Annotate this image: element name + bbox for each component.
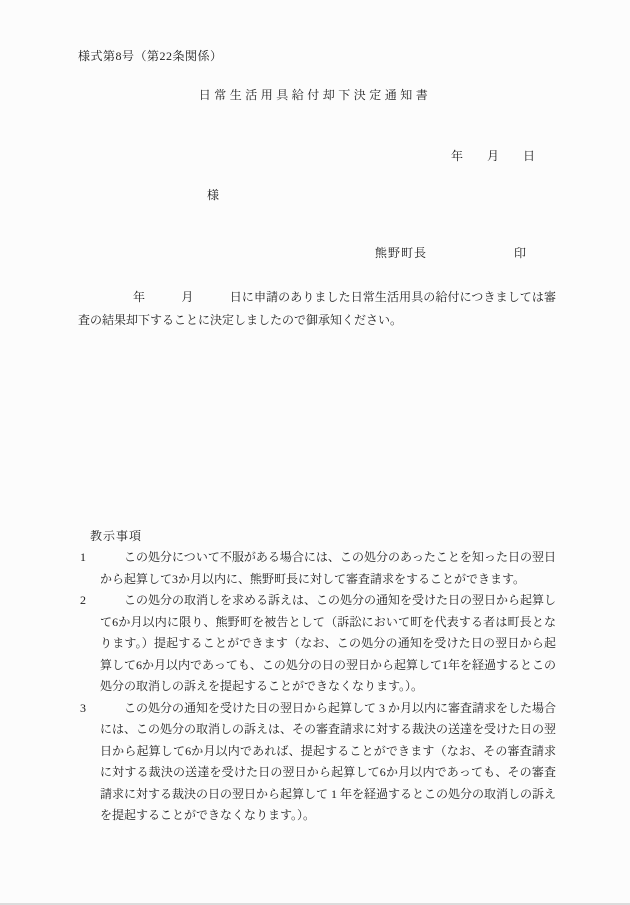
instruction-item-2: 2 この処分の取消しを求める訴えは、この処分の通知を受けた日の翌日から起算して6…	[90, 590, 556, 698]
instructions-heading: 教示事項	[90, 526, 556, 547]
seal-mark: 印	[514, 244, 526, 262]
instruction-item-number: 2	[80, 590, 100, 612]
document-page: 様式第8号（第22条関係） 日常生活用具給付却下決定通知書 年 月 日 様 熊野…	[0, 0, 630, 905]
body-paragraph: 年 月 日に申請のありました日常生活用具の給付につきましては審査の結果却下するこ…	[78, 286, 556, 332]
instruction-item-text: この処分について不服がある場合には、この処分のあったことを知った日の翌日から起算…	[100, 547, 556, 590]
instruction-item-number: 3	[80, 698, 100, 720]
instructions-section: 教示事項 1 この処分について不服がある場合には、この処分のあったことを知った日…	[90, 526, 556, 827]
instruction-item-1: 1 この処分について不服がある場合には、この処分のあったことを知った日の翌日から…	[90, 547, 556, 590]
instruction-item-3: 3 この処分の通知を受けた日の翌日から起算して 3 か月以内に審査請求をした場合…	[90, 698, 556, 827]
date-line: 年 月 日	[451, 147, 535, 165]
instruction-item-number: 1	[80, 547, 100, 569]
instruction-item-text: この処分の通知を受けた日の翌日から起算して 3 か月以内に審査請求をした場合には…	[100, 698, 556, 827]
instruction-item-text: この処分の取消しを求める訴えは、この処分の通知を受けた日の翌日から起算して6か月…	[100, 590, 556, 698]
issuer-title: 熊野町長	[375, 244, 427, 262]
form-number: 様式第8号（第22条関係）	[78, 47, 223, 65]
addressee-honorific: 様	[207, 186, 219, 204]
document-title: 日常生活用具給付却下決定通知書	[0, 86, 630, 104]
